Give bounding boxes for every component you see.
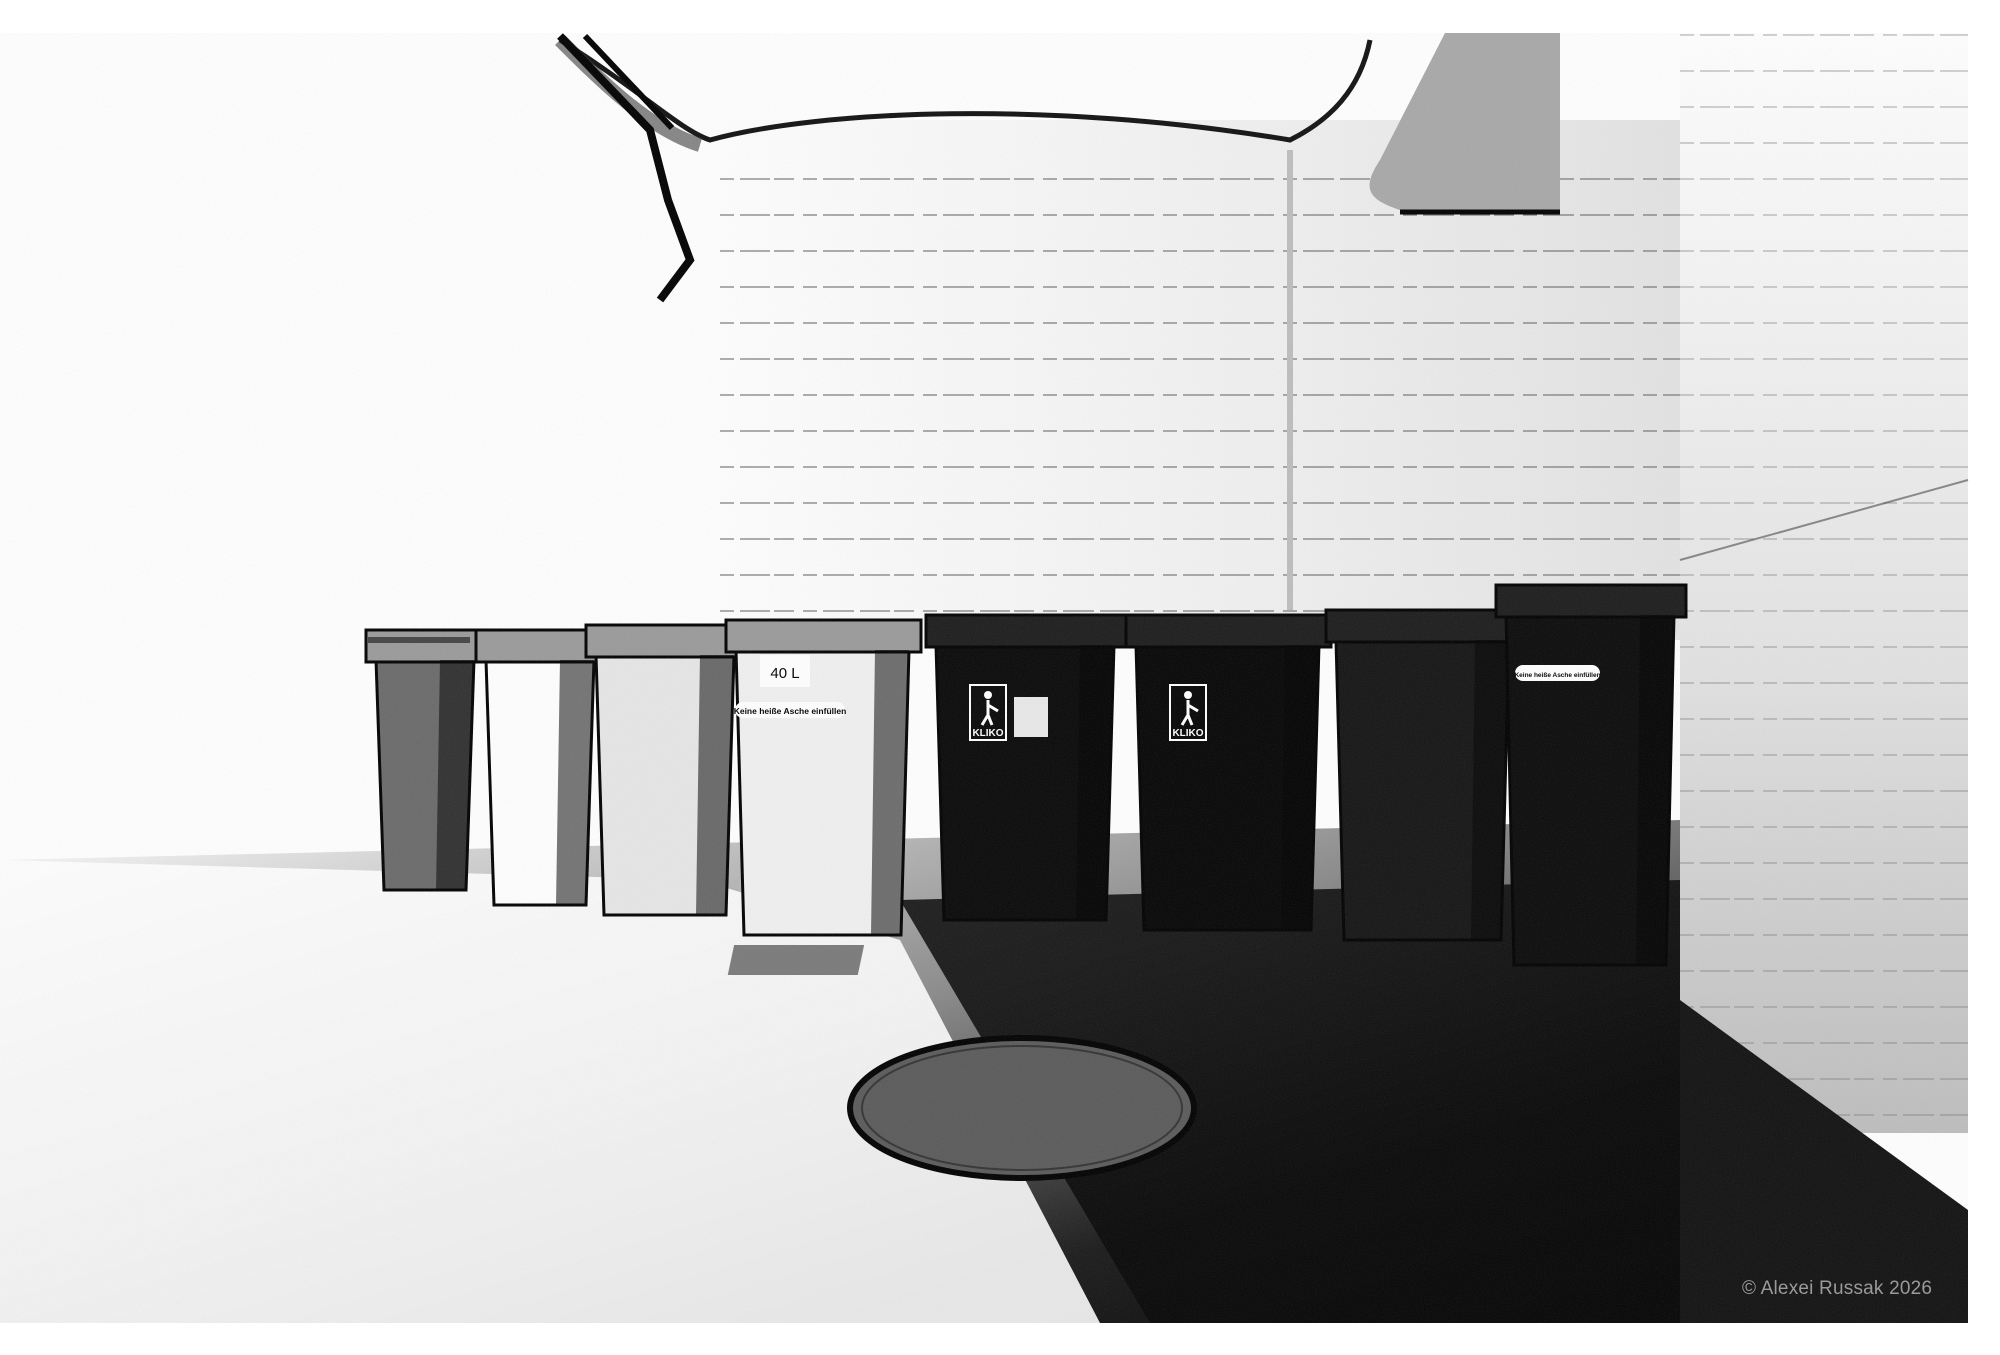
copyright-watermark: © Alexei Russak 2026 bbox=[1742, 1278, 1932, 1300]
photo-area: 40 LKeine heiße Asche einfüllenKLIKOKLIK… bbox=[0, 33, 1968, 1323]
photograph: 40 LKeine heiße Asche einfüllenKLIKOKLIK… bbox=[0, 0, 2000, 1355]
